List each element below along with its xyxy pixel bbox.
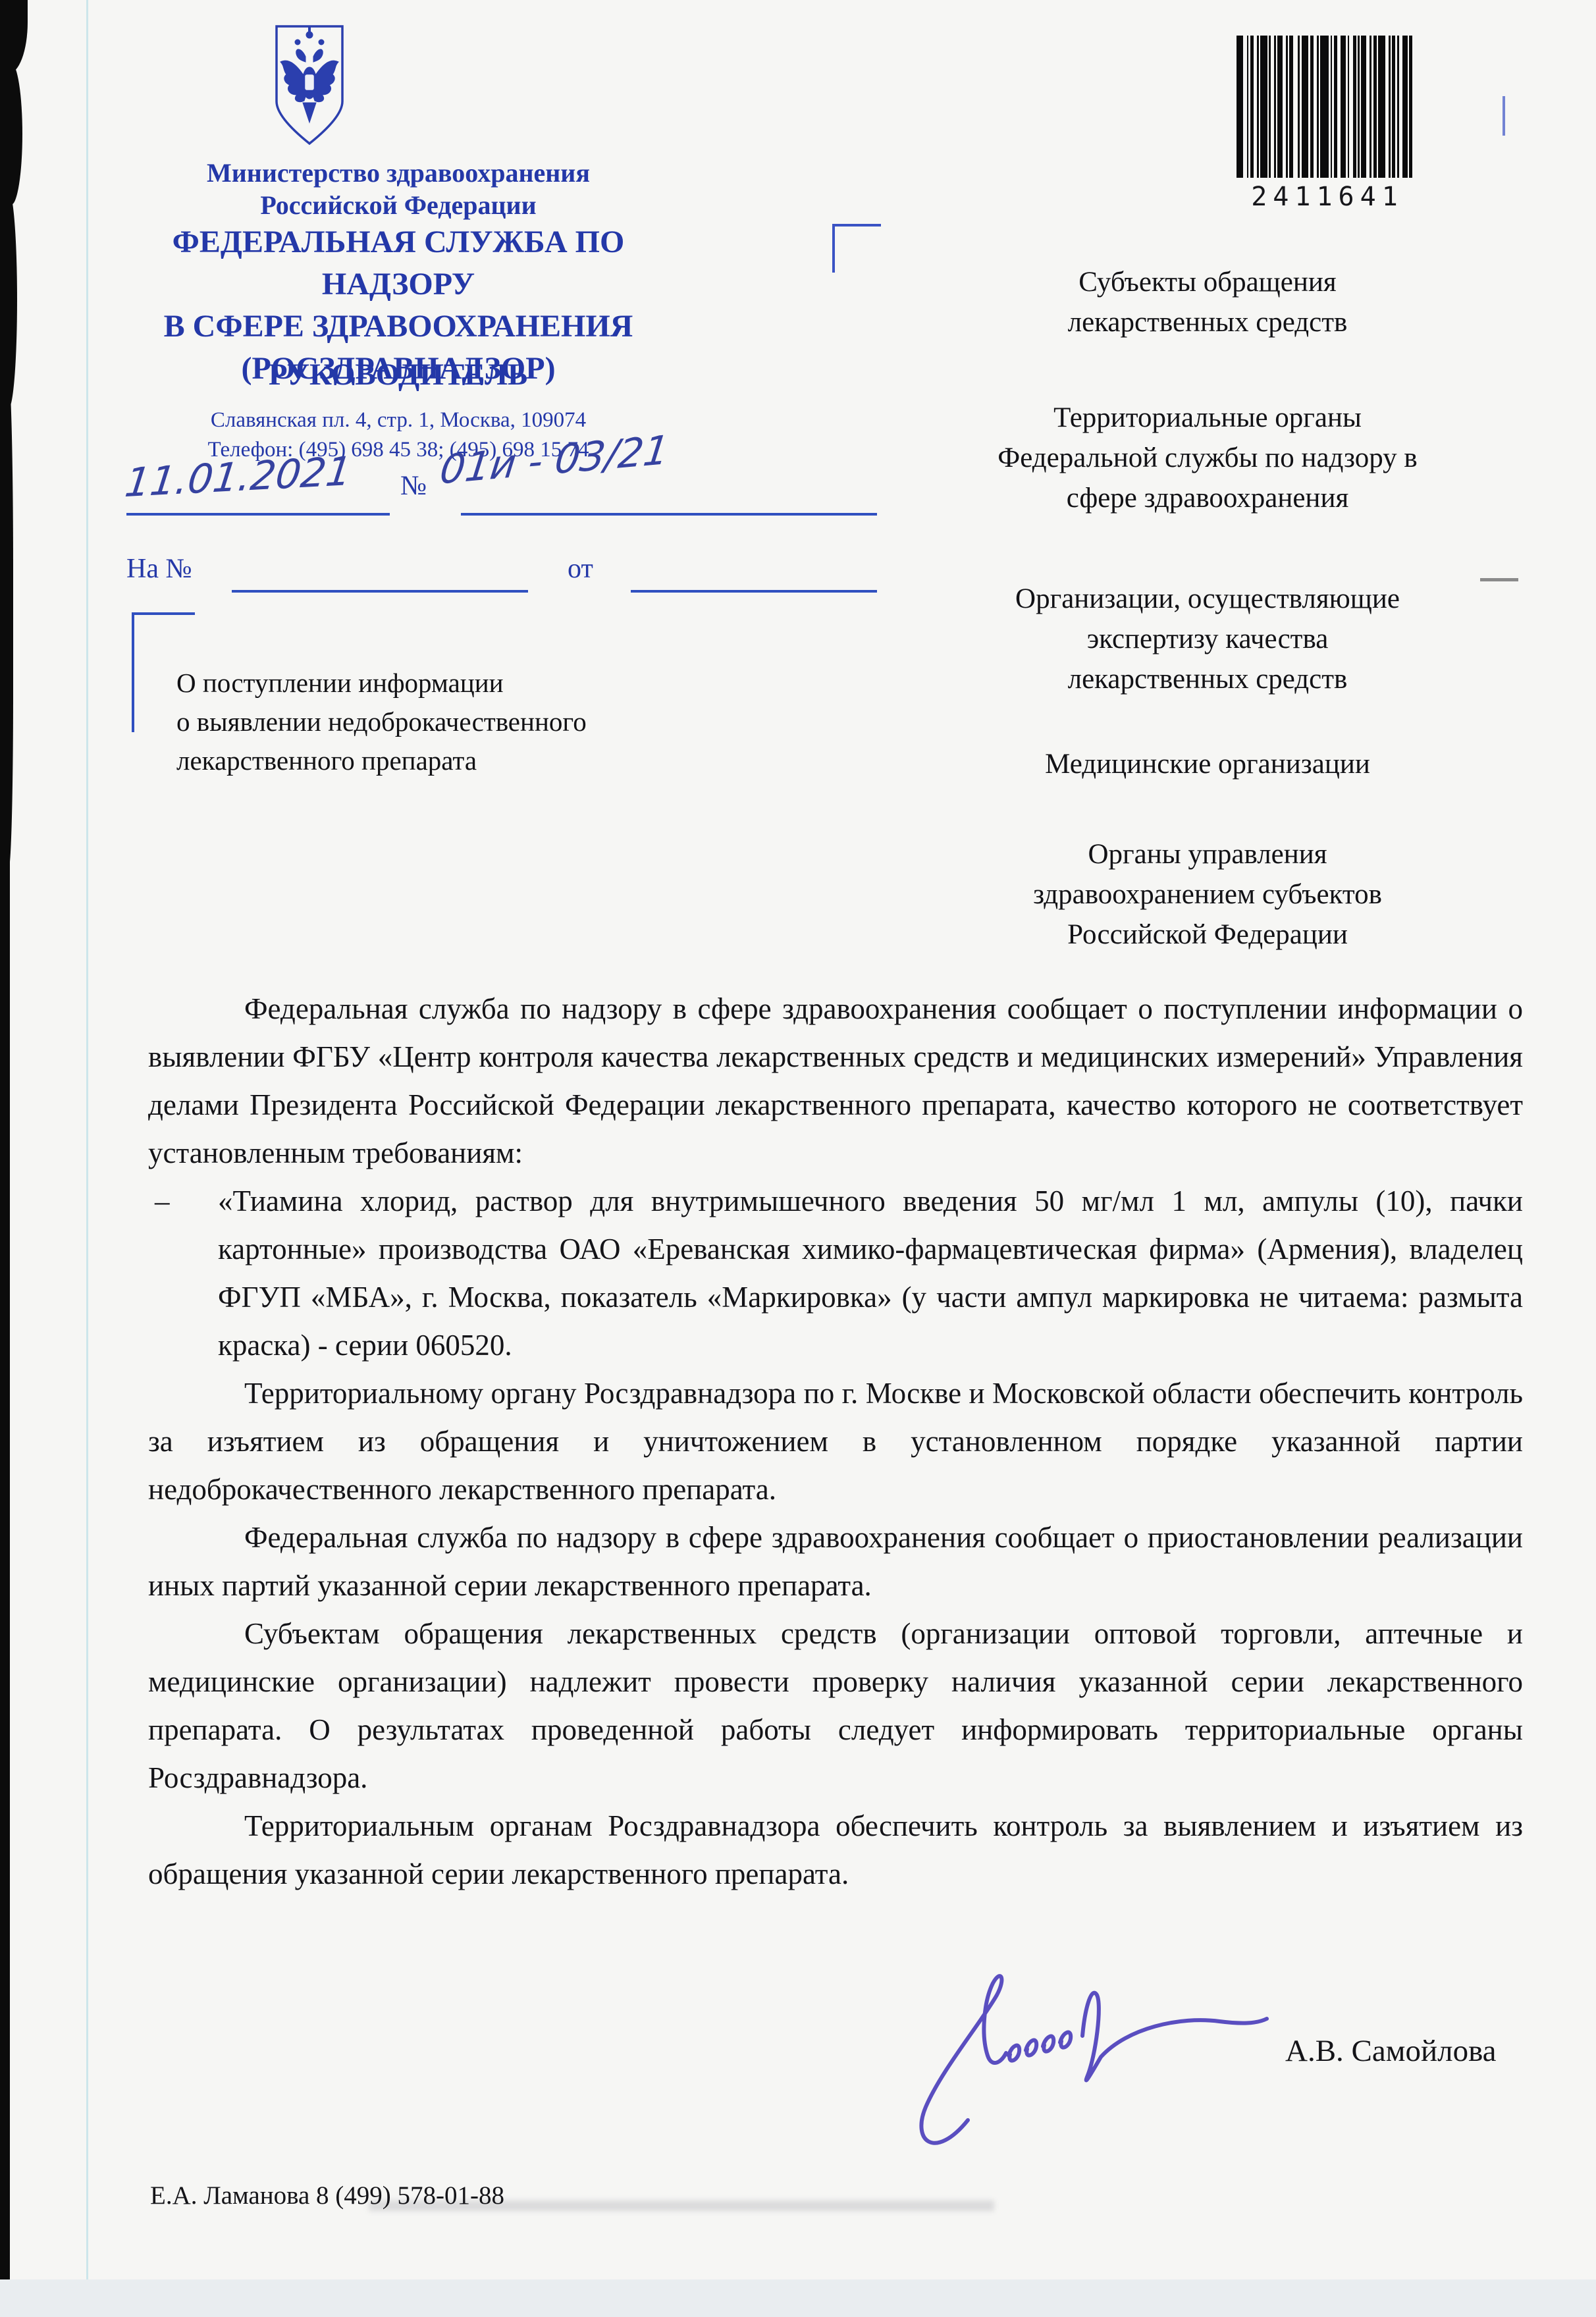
corner-mark — [1503, 96, 1505, 136]
addressee-item: Медицинские организации — [890, 744, 1525, 784]
barcode-bar — [1397, 36, 1399, 178]
barcode-bar — [1409, 36, 1412, 178]
executor-contact: Е.А. Ламанова 8 (499) 578-01-88 — [150, 2181, 504, 2210]
barcode-bar — [1317, 36, 1319, 178]
scan-edge-artifact — [0, 63, 22, 205]
reply-date-underline — [631, 590, 877, 593]
barcode-bar — [1250, 36, 1254, 178]
body-paragraph: Федеральная служба по надзору в сфере зд… — [148, 985, 1523, 1177]
addressees-block: Субъекты обращения лекарственных средств… — [890, 262, 1525, 955]
barcode-bar — [1370, 36, 1371, 178]
barcode-bar — [1373, 36, 1377, 178]
body-paragraph: Территориальному органу Росздравнадзора … — [148, 1370, 1523, 1514]
addressee-item: Субъекты обращения лекарственных средств — [890, 262, 1525, 342]
addressee-item: Органы управления здравоохранением субъе… — [890, 834, 1525, 955]
addressee-item: Территориальные органы Федеральной служб… — [890, 398, 1525, 518]
barcode-bar — [1310, 36, 1314, 178]
barcode-bar — [1348, 36, 1350, 178]
barcode-bar — [1257, 36, 1259, 178]
barcode-bar — [1247, 36, 1249, 178]
barcode-bar — [1378, 36, 1385, 178]
barcode-bar — [1269, 36, 1271, 178]
scanned-letter-page: Министерство здравоохранения Российской … — [0, 0, 1596, 2317]
barcode-bar — [1361, 36, 1366, 178]
barcode-bar — [1286, 36, 1288, 178]
addressee-item: Организации, осуществляющие экспертизу к… — [890, 579, 1525, 699]
list-dash: – — [155, 1177, 170, 1225]
reply-to-number-label: На № — [126, 553, 192, 585]
barcode-bars — [1237, 36, 1418, 178]
letter-body: Федеральная служба по надзору в сфере зд… — [148, 985, 1523, 1898]
number-sign-label: № — [400, 470, 427, 502]
barcode-bar — [1353, 36, 1356, 178]
body-paragraph: Территориальным органам Росздравнадзора … — [148, 1802, 1523, 1898]
barcode-bar — [1302, 36, 1308, 178]
barcode-bar — [1331, 36, 1333, 178]
barcode-number: 2411641 — [1237, 182, 1418, 212]
barcode-bar — [1274, 36, 1276, 178]
scan-edge-artifact — [0, 369, 13, 869]
barcode-bar — [1237, 36, 1243, 178]
reply-to-date-label: от — [568, 553, 593, 585]
letter-subject: О поступлении информации о выявлении нед… — [176, 664, 822, 780]
barcode-bar — [1320, 36, 1329, 178]
ministry-name: Министерство здравоохранения Российской … — [92, 157, 705, 221]
signer-role: РУКОВОДИТЕЛЬ — [92, 357, 705, 392]
barcode-bar — [1389, 36, 1391, 178]
body-paragraph: Федеральная служба по надзору в сфере зд… — [148, 1514, 1523, 1610]
drug-list-item: – «Тиамина хлорид, раствор для внутримыш… — [148, 1177, 1523, 1370]
reply-number-underline — [232, 590, 528, 593]
barcode-bar — [1298, 36, 1300, 178]
barcode-bar — [1289, 36, 1292, 178]
barcode-bar — [1334, 36, 1337, 178]
barcode-bar — [1277, 36, 1283, 178]
handwritten-signature — [903, 1944, 1285, 2210]
barcode-bar — [1392, 36, 1395, 178]
scanner-line-artifact — [86, 0, 88, 2317]
body-paragraph: Субъектам обращения лекарственных средст… — [148, 1610, 1523, 1802]
barcode-bar — [1341, 36, 1346, 178]
corner-mark — [832, 224, 881, 273]
barcode-bar — [1358, 36, 1360, 178]
date-underline — [126, 513, 390, 516]
scan-bottom-shadow — [0, 2279, 1596, 2317]
barcode-bar — [1260, 36, 1267, 178]
russian-coat-of-arms-icon — [269, 22, 350, 151]
drug-list-text: «Тиамина хлорид, раствор для внутримышеч… — [218, 1185, 1523, 1362]
barcode-bar — [1402, 36, 1408, 178]
number-underline — [461, 513, 877, 516]
signer-name: А.В. Самойлова — [1285, 2033, 1497, 2069]
